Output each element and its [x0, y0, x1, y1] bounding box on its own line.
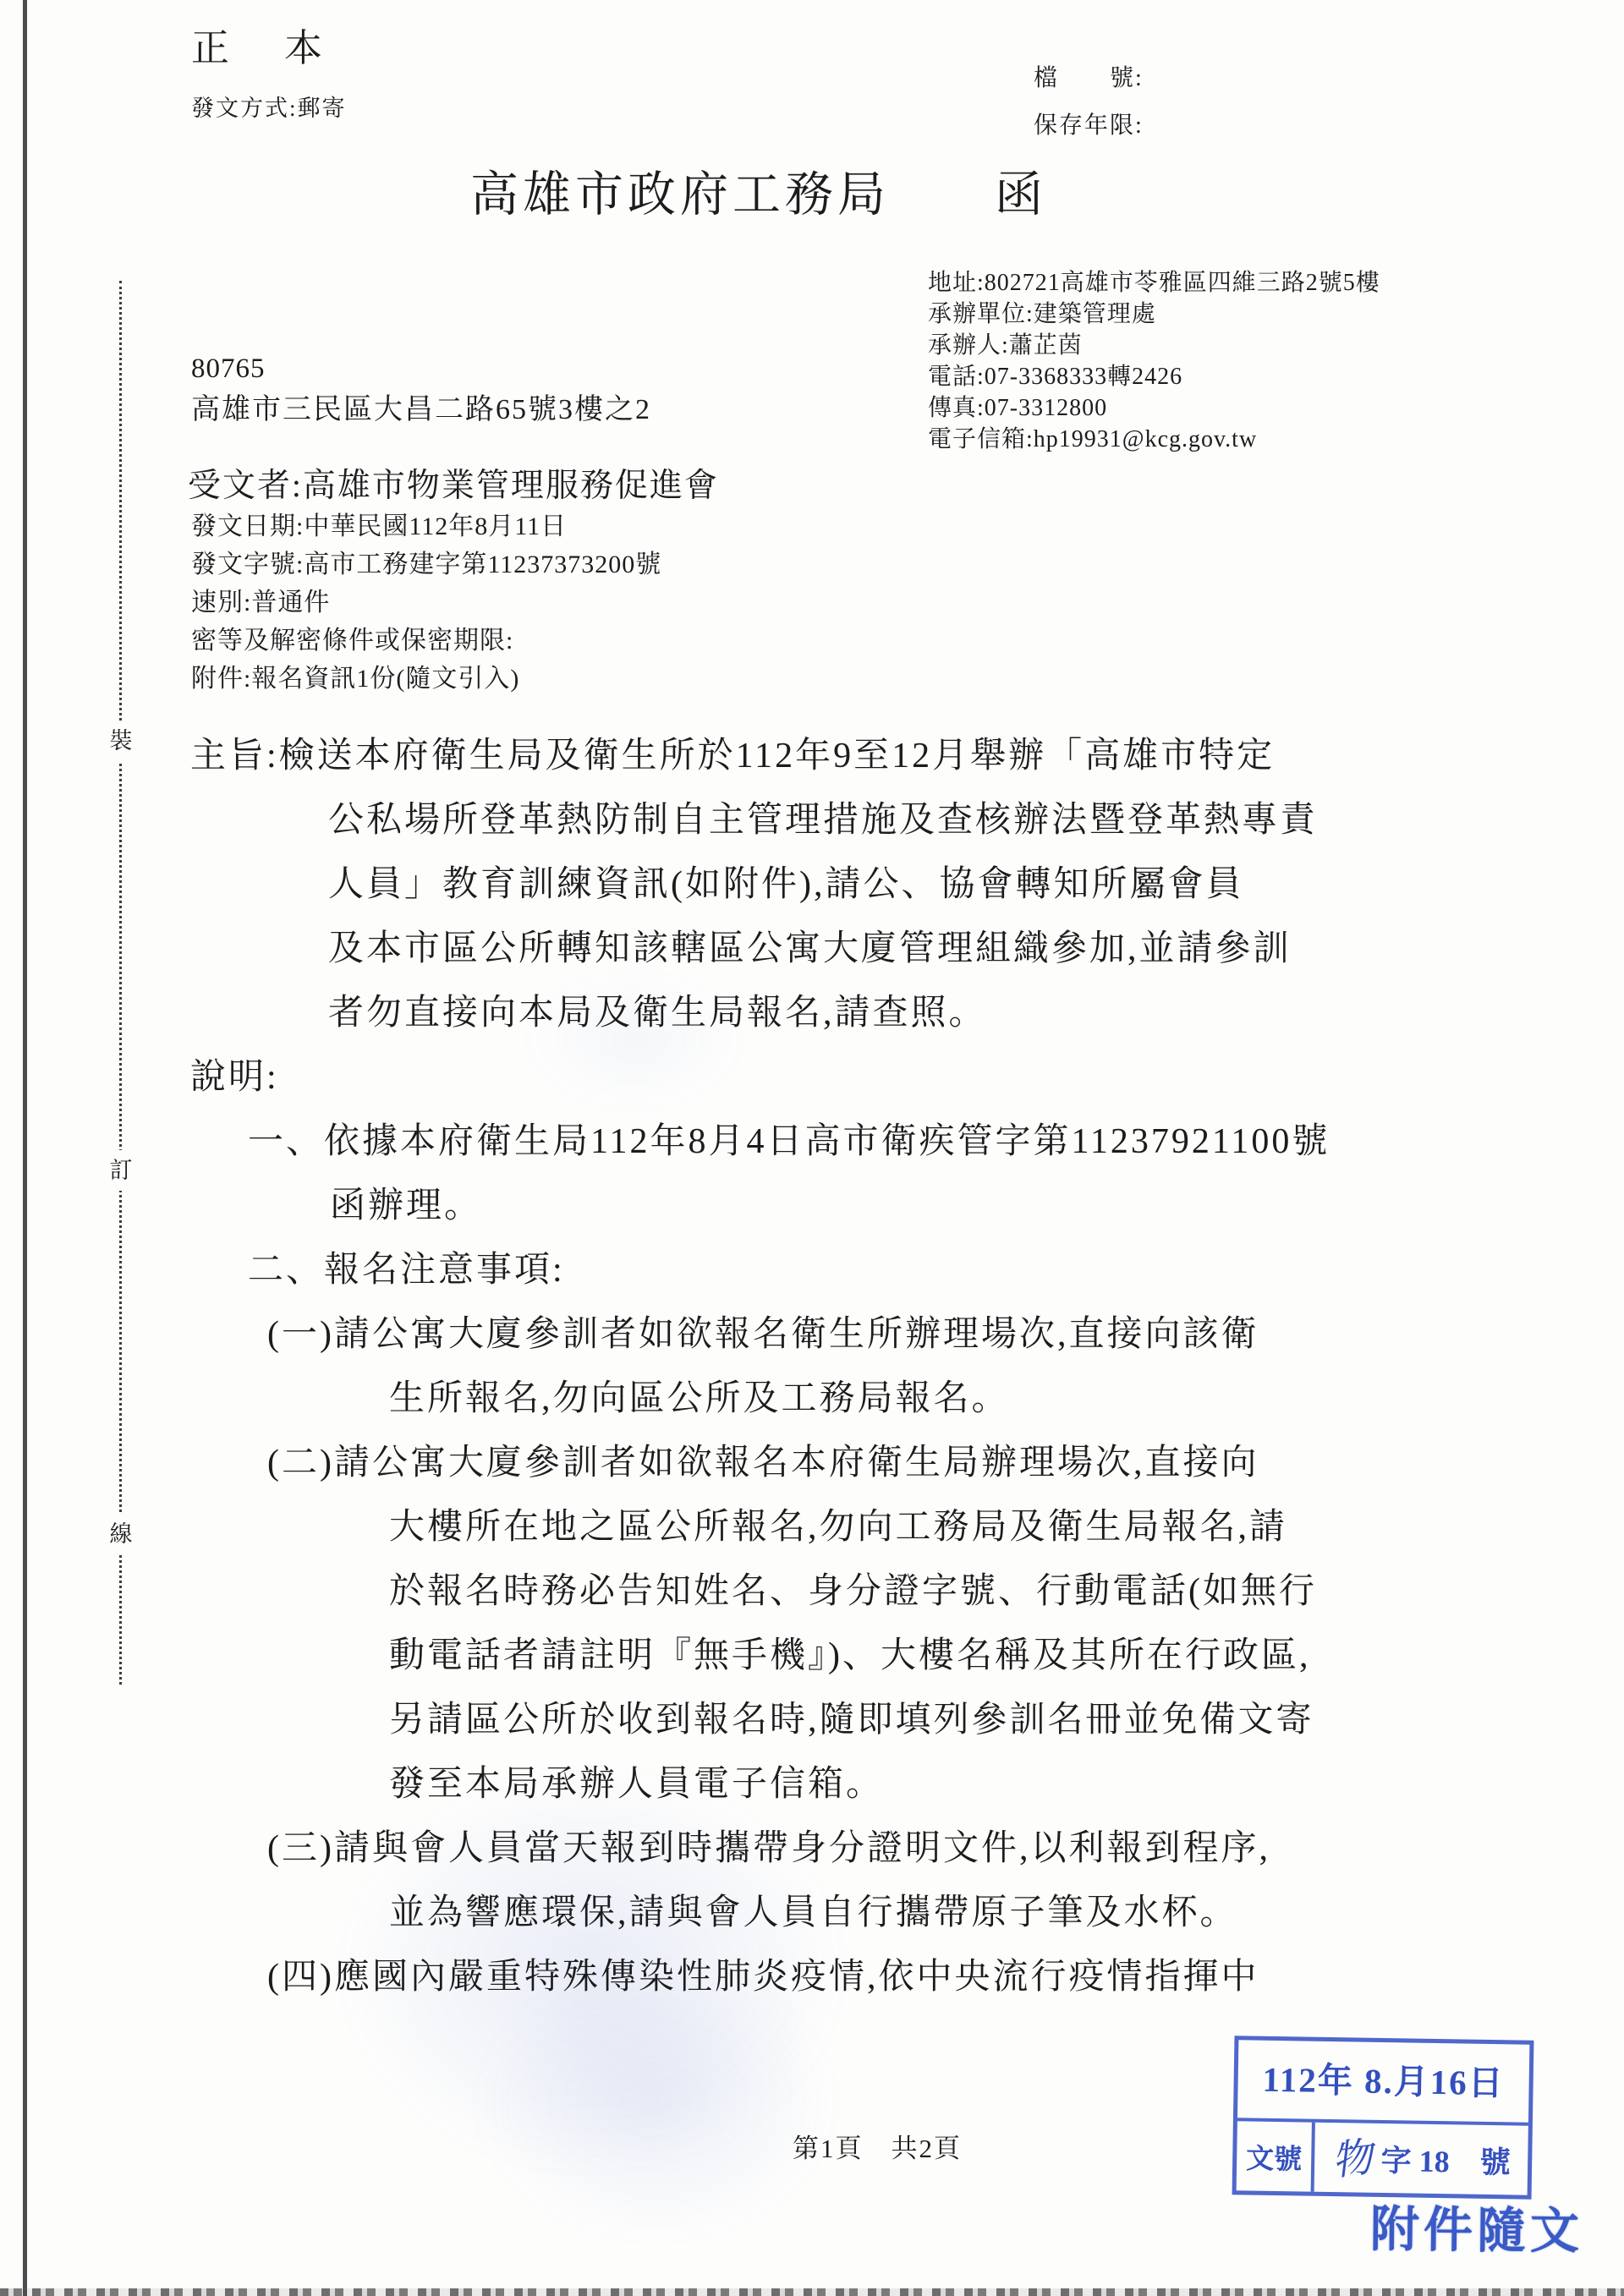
- body-line: 一、依據本府衛生局112年8月4日高市衛疾管字第11237921100號: [0, 1110, 1624, 1174]
- body-line: 發至本局承辦人員電子信箱。: [0, 1752, 1624, 1817]
- sender-phone: 電話:07-3368333轉2426: [928, 361, 1380, 392]
- body-line: (二)請公寓大廈參訓者如欲報名本府衛生局辦理場次,直接向: [0, 1431, 1624, 1495]
- stamp-date: 112年 8.月16日: [1237, 2040, 1529, 2125]
- issue-date: 發文日期:中華民國112年8月11日: [191, 507, 661, 545]
- body-line: 並為響應環保,請與會人員自行攜帶原子筆及水杯。: [0, 1881, 1624, 1945]
- stamp-handwritten-char: 物: [1328, 2123, 1375, 2186]
- sender-person: 承辦人:蕭芷茵: [928, 330, 1380, 361]
- received-date-stamp: 112年 8.月16日 文號 物 字 18 號: [1232, 2036, 1534, 2200]
- security-class: 密等及解密條件或保密期限:: [191, 622, 661, 660]
- sender-unit: 承辦單位:建築管理處: [928, 299, 1380, 330]
- body-line: 另請區公所於收到報名時,隨即填列參訓名冊並免備文寄: [0, 1688, 1624, 1752]
- retention-period-label: 保存年限:: [1034, 107, 1144, 140]
- scan-bottom-edge-artifact: [0, 2288, 1624, 2296]
- speed-class: 速別:普通件: [191, 584, 661, 622]
- body-line: 說明:: [0, 1045, 1624, 1110]
- body-line: 函辦理。: [0, 1174, 1624, 1238]
- sender-contact-block: 地址:802721高雄市苓雅區四維三路2號5樓 承辦單位:建築管理處 承辦人:蕭…: [928, 267, 1380, 455]
- recipient-address: 高雄市三民區大昌二路65號3樓之2: [191, 386, 651, 427]
- copy-type-label: 正 本: [191, 17, 331, 72]
- stamp-docno-mid: 字 18: [1380, 2136, 1450, 2180]
- stamp-docno-value: 物 字 18 號: [1314, 2123, 1528, 2195]
- delivery-method: 發文方式:郵寄: [191, 90, 347, 123]
- stamp-docno-row: 文號 物 字 18 號: [1237, 2121, 1528, 2195]
- body-line: 二、報名注意事項:: [0, 1238, 1624, 1302]
- stamp-docno-label: 文號: [1237, 2121, 1315, 2191]
- recipient-zip: 80765: [191, 353, 266, 385]
- body-line: 動電話者請註明『無手機』)、大樓名稱及其所在行政區,: [0, 1624, 1624, 1688]
- attachment-note: 附件:報名資訊1份(隨文引入): [191, 660, 661, 698]
- issue-number: 發文字號:高市工務建字第11237373200號: [191, 545, 661, 584]
- sender-email: 電子信箱:hp19931@kcg.gov.tw: [928, 424, 1380, 455]
- document-meta-block: 發文日期:中華民國112年8月11日 發文字號:高市工務建字第112373732…: [191, 507, 661, 698]
- body-line: 大樓所在地之區公所報名,勿向工務局及衛生局報名,請: [0, 1495, 1624, 1559]
- recipient-line: 受文者:高雄市物業管理服務促進會: [188, 459, 719, 507]
- stamp-attachment-note: 附件隨文: [1370, 2189, 1584, 2263]
- body-line: (四)應國內嚴重特殊傳染性肺炎疫情,依中央流行疫情指揮中: [0, 1945, 1624, 2009]
- file-number-label: 檔 號:: [1034, 59, 1144, 93]
- body-line: 者勿直接向本局及衛生局報名,請查照。: [0, 981, 1624, 1045]
- body-line: (一)請公寓大廈參訓者如欲報名衛生所辦理場次,直接向該衛: [0, 1302, 1624, 1367]
- body-line: 生所報名,勿向區公所及工務局報名。: [0, 1367, 1624, 1431]
- sender-address: 地址:802721高雄市苓雅區四維三路2號5樓: [928, 267, 1380, 299]
- stamp-docno-suffix: 號: [1479, 2138, 1511, 2182]
- body-line: (三)請與會人員當天報到時攜帶身分證明文件,以利報到程序,: [0, 1817, 1624, 1881]
- official-letter-page: 正 本 發文方式:郵寄 檔 號: 保存年限: 高雄市政府工務局 函 地址:802…: [0, 0, 1624, 2296]
- body-line: 公私場所登革熱防制自主管理措施及查核辦法暨登革熱專責: [0, 788, 1624, 852]
- body-line: 於報名時務必告知姓名、身分證字號、行動電話(如無行: [0, 1559, 1624, 1624]
- body-line: 人員」教育訓練資訊(如附件),請公、協會轉知所屬會員: [0, 852, 1624, 917]
- document-title: 高雄市政府工務局 函: [470, 156, 1047, 225]
- page-number: 第1頁 共2頁: [793, 2127, 962, 2165]
- body-line: 主旨:檢送本府衛生局及衛生所於112年9至12月舉辦「高雄市特定: [0, 724, 1624, 788]
- body-lines: 主旨:檢送本府衛生局及衛生所於112年9至12月舉辦「高雄市特定公私場所登革熱防…: [0, 724, 1624, 2009]
- body-line: 及本市區公所轉知該轄區公寓大廈管理組織參加,並請參訓: [0, 917, 1624, 981]
- sender-fax: 傳真:07-3312800: [928, 392, 1380, 424]
